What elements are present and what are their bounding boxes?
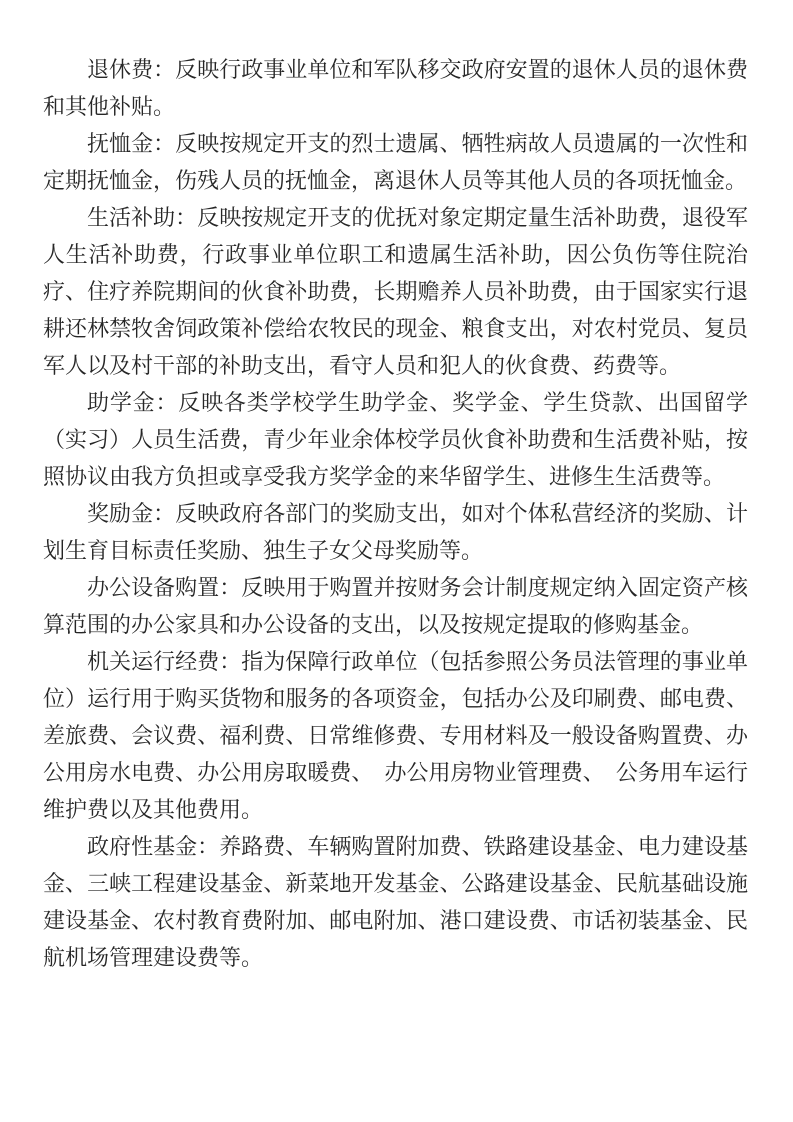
paragraph-reward-money: 奖励金：反映政府各部门的奖励支出，如对个体私营经济的奖励、计划生育目标责任奖励、…	[43, 495, 748, 569]
paragraph-living-allowance: 生活补助：反映按规定开支的优抚对象定期定量生活补助费，退役军人生活补助费，行政事…	[43, 199, 748, 384]
document-body: 退休费：反映行政事业单位和军队移交政府安置的退休人员的退休费和其他补贴。 抚恤金…	[43, 51, 748, 976]
document-page: 退休费：反映行政事业单位和军队移交政府安置的退休人员的退休费和其他补贴。 抚恤金…	[0, 0, 793, 1122]
paragraph-compensation-payment: 抚恤金：反映按规定开支的烈士遗属、牺牲病故人员遗属的一次性和定期抚恤金，伤残人员…	[43, 125, 748, 199]
paragraph-agency-operating-expense: 机关运行经费：指为保障行政单位（包括参照公务员法管理的事业单位）运行用于购买货物…	[43, 643, 748, 828]
paragraph-retirement-pay: 退休费：反映行政事业单位和军队移交政府安置的退休人员的退休费和其他补贴。	[43, 51, 748, 125]
paragraph-scholarship: 助学金：反映各类学校学生助学金、奖学金、学生贷款、出国留学（实习）人员生活费，青…	[43, 384, 748, 495]
paragraph-office-equipment-purchase: 办公设备购置：反映用于购置并按财务会计制度规定纳入固定资产核算范围的办公家具和办…	[43, 569, 748, 643]
paragraph-government-funds: 政府性基金：养路费、车辆购置附加费、铁路建设基金、电力建设基金、三峡工程建设基金…	[43, 828, 748, 976]
